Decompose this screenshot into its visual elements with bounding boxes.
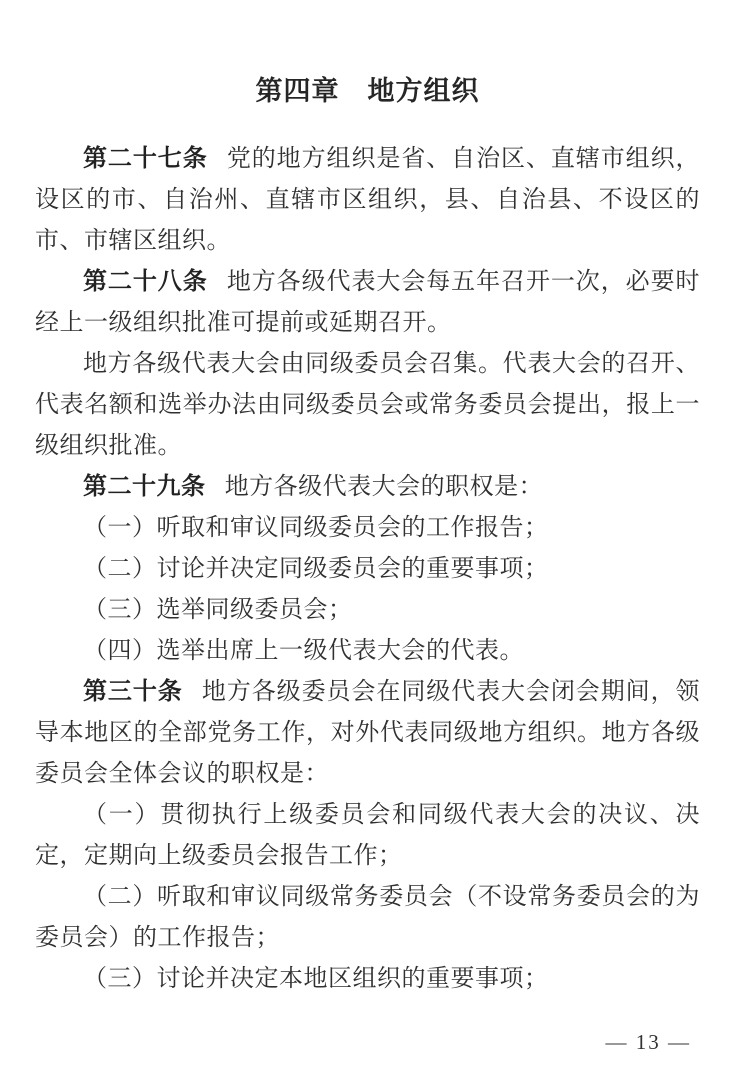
paragraph: （二）讨论并决定同级委员会的重要事项； xyxy=(35,549,700,590)
paragraph: 地方各级代表大会由同级委员会召集。代表大会的召开、代表名额和选举办法由同级委员会… xyxy=(35,344,700,467)
page-number: — 13 — xyxy=(606,1030,692,1055)
paragraph: （四）选举出席上一级代表大会的代表。 xyxy=(35,631,700,672)
paragraph: （三）讨论并决定本地区组织的重要事项； xyxy=(35,959,700,1000)
paragraph: 第二十七条党的地方组织是省、自治区、直辖市组织，设区的市、自治州、直辖市区组织，… xyxy=(35,139,700,262)
paragraph-text: （三）讨论并决定本地区组织的重要事项； xyxy=(83,966,549,992)
paragraph-text: 地方各级代表大会由同级委员会召集。代表大会的召开、代表名额和选举办法由同级委员会… xyxy=(35,351,700,459)
paragraph-text: （三）选举同级委员会； xyxy=(83,597,353,623)
article-number-lead: 第二十八条 xyxy=(83,269,227,295)
document-page: 第四章 地方组织 第二十七条党的地方组织是省、自治区、直辖市组织，设区的市、自治… xyxy=(0,0,733,1079)
paragraph: 第三十条地方各级委员会在同级代表大会闭会期间，领导本地区的全部党务工作，对外代表… xyxy=(35,672,700,795)
document-body: 第二十七条党的地方组织是省、自治区、直辖市组织，设区的市、自治州、直辖市区组织，… xyxy=(35,139,700,1000)
paragraph-text: （一）贯彻执行上级委员会和同级代表大会的决议、决定，定期向上级委员会报告工作； xyxy=(35,802,700,869)
paragraph-text: （一）听取和审议同级委员会的工作报告； xyxy=(83,515,549,541)
paragraph: 第二十八条地方各级代表大会每五年召开一次，必要时经上一级组织批准可提前或延期召开… xyxy=(35,262,700,344)
paragraph-text: （二）听取和审议同级常务委员会（不设常务委员会的为委员会）的工作报告； xyxy=(35,884,700,951)
paragraph: 第二十九条地方各级代表大会的职权是： xyxy=(35,467,700,508)
paragraph: （一）听取和审议同级委员会的工作报告； xyxy=(35,508,700,549)
chapter-title: 第四章 地方组织 xyxy=(35,73,700,109)
paragraph-text: 地方各级代表大会的职权是： xyxy=(225,474,544,500)
article-number-lead: 第三十条 xyxy=(83,679,202,705)
paragraph-text: （二）讨论并决定同级委员会的重要事项； xyxy=(83,556,549,582)
article-number-lead: 第二十七条 xyxy=(83,146,227,172)
paragraph-text: （四）选举出席上一级代表大会的代表。 xyxy=(83,638,524,664)
paragraph: （三）选举同级委员会； xyxy=(35,590,700,631)
paragraph: （二）听取和审议同级常务委员会（不设常务委员会的为委员会）的工作报告； xyxy=(35,877,700,959)
article-number-lead: 第二十九条 xyxy=(83,474,225,500)
paragraph: （一）贯彻执行上级委员会和同级代表大会的决议、决定，定期向上级委员会报告工作； xyxy=(35,795,700,877)
